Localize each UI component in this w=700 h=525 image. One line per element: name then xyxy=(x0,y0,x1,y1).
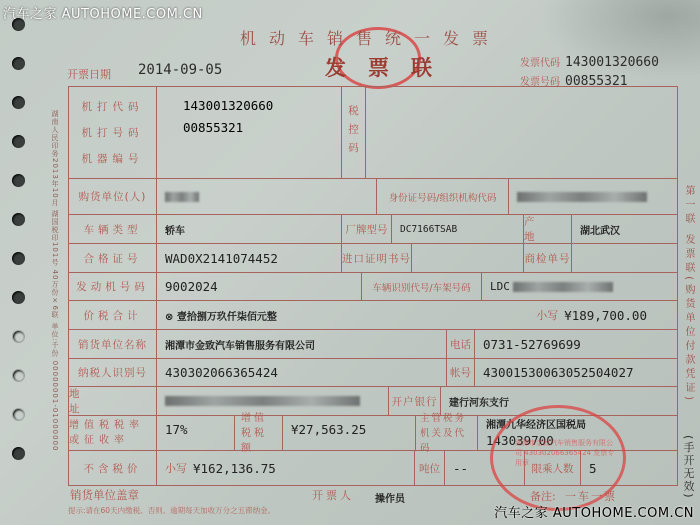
total-label: 价税合计 xyxy=(69,301,157,330)
stamp-text: 湘潭市金致汽车销售服务有限公司 430302066365424 发票专用章 xyxy=(515,438,615,478)
total-in-words: ⊗ 壹拾捌万玖仟柒佰元整 xyxy=(165,308,277,323)
account-label: 帐号 xyxy=(447,359,475,387)
buyer-id-value xyxy=(509,179,677,215)
tonnage-label: 吨位 xyxy=(415,451,445,485)
handwritten-invalid-note: (手开无效) xyxy=(680,435,696,500)
date-label: 开票日期 xyxy=(67,66,111,82)
taxpayer-id: 430302066365424 xyxy=(157,359,447,387)
copy-label: 发票联 xyxy=(325,52,454,82)
pretax-small-label: 小写 xyxy=(165,460,187,476)
certificate-label: 合格证号 xyxy=(69,244,157,273)
inspection-number xyxy=(572,244,677,273)
buyer-id-redacted xyxy=(517,192,647,202)
machine-values: 143001320660 00855321 xyxy=(157,87,342,179)
import-cert xyxy=(412,244,524,273)
import-cert-label: 进口证明书号 xyxy=(342,244,412,273)
pretax-label: 不含税价 xyxy=(69,451,157,485)
tax-amount-label: 增值税税额 xyxy=(235,416,283,451)
origin-label: 产地 xyxy=(524,215,572,244)
model-label: 厂牌型号 xyxy=(342,215,392,244)
printer-note: 湖南人民印务2013年10月 湖国税印101号 40万份×6联 单位:千份 00… xyxy=(48,110,60,480)
tax-rate: 17% xyxy=(157,416,235,451)
printed-number: 00855321 xyxy=(183,117,243,139)
seller-name: 湘潭市金致汽车销售服务有限公司 xyxy=(157,330,447,359)
issuer-label: 开票人 xyxy=(312,487,354,503)
late-fee-reminder: 提示:请在60天内缴税、否则、逾期每天加收万分之五滞纳金。 xyxy=(68,505,275,516)
origin: 湖北武汉 xyxy=(572,215,677,244)
inspection-label: 商检单号 xyxy=(524,244,572,273)
buyer-value xyxy=(157,179,377,215)
machine-labels: 机打代码 机打号码 机器编号 xyxy=(69,87,157,179)
engine-number: 9002024 xyxy=(157,273,362,301)
tax-authority-label: 主管税务机关及代码 xyxy=(416,416,478,451)
tax-control-code xyxy=(366,87,677,179)
vehicle-type: 轿车 xyxy=(157,215,342,244)
vin-value: LDC xyxy=(482,273,677,301)
printed-number-label: 机打号码 xyxy=(82,125,144,140)
invoice-code: 143001320660 xyxy=(565,55,659,70)
model: DC7166TSAB xyxy=(392,215,524,244)
address-redacted xyxy=(165,396,360,406)
watermark-bottom: 汽车之家 AUTOHOME.COM.CN xyxy=(494,502,694,521)
phone-label: 电话 xyxy=(447,330,475,359)
copy-note: 第一联 发票联(购货单位付款凭证) xyxy=(680,185,696,404)
taxpayer-label: 纳税人识别号 xyxy=(69,359,157,387)
perforation-holes xyxy=(12,18,26,486)
seller-name-label: 销货单位名称 xyxy=(69,330,157,359)
buyer-label: 购货单位(人) xyxy=(69,179,157,215)
pretax-price: ¥162,136.75 xyxy=(193,461,276,476)
issuer: 操作员 xyxy=(375,490,405,505)
watermark-top: 汽车之家 AUTOHOME.COM.CN xyxy=(3,3,203,22)
tax-control-label: 税控码 xyxy=(342,87,366,179)
tax-amount: ¥27,563.25 xyxy=(283,416,416,451)
machine-no-label: 机器编号 xyxy=(82,151,144,166)
address-label: 地址 xyxy=(69,387,157,416)
printed-code-label: 机打代码 xyxy=(82,99,144,114)
tax-rate-label: 增值税税率或征收率 xyxy=(69,416,157,451)
invoice-paper: 汽车之家 AUTOHOME.COM.CN 机动车销售统一发票 发票联 开票日期 … xyxy=(0,0,700,525)
total-small: ¥189,700.00 xyxy=(564,308,647,323)
vehicle-type-label: 车辆类型 xyxy=(69,215,157,244)
pretax-cell: 小写 ¥162,136.75 xyxy=(157,451,415,485)
invoice-title: 机动车销售统一发票 xyxy=(240,26,501,49)
printed-code: 143001320660 xyxy=(183,95,273,117)
vin-label: 车辆识别代号/车架号码 xyxy=(362,273,482,301)
total-words-cell: ⊗ 壹拾捌万玖仟柒佰元整 小写 ¥189,700.00 xyxy=(157,301,677,330)
invoice-code-label: 发票代码 xyxy=(520,58,560,69)
total-small-label: 小写 xyxy=(536,307,558,323)
seller-account: 43001530063052504027 xyxy=(475,359,677,387)
vin-redacted xyxy=(513,282,613,292)
engine-label: 发动机号码 xyxy=(69,273,157,301)
seller-phone: 0731-52769699 xyxy=(475,330,677,359)
certificate-number: WAD0X2141074452 xyxy=(157,244,342,273)
issue-date: 2014-09-05 xyxy=(138,62,222,78)
buyer-redacted xyxy=(165,192,199,202)
buyer-id-label: 身份证号码/组织机构代码 xyxy=(377,179,509,215)
seal-label: 销货单位盖章 xyxy=(70,487,139,503)
